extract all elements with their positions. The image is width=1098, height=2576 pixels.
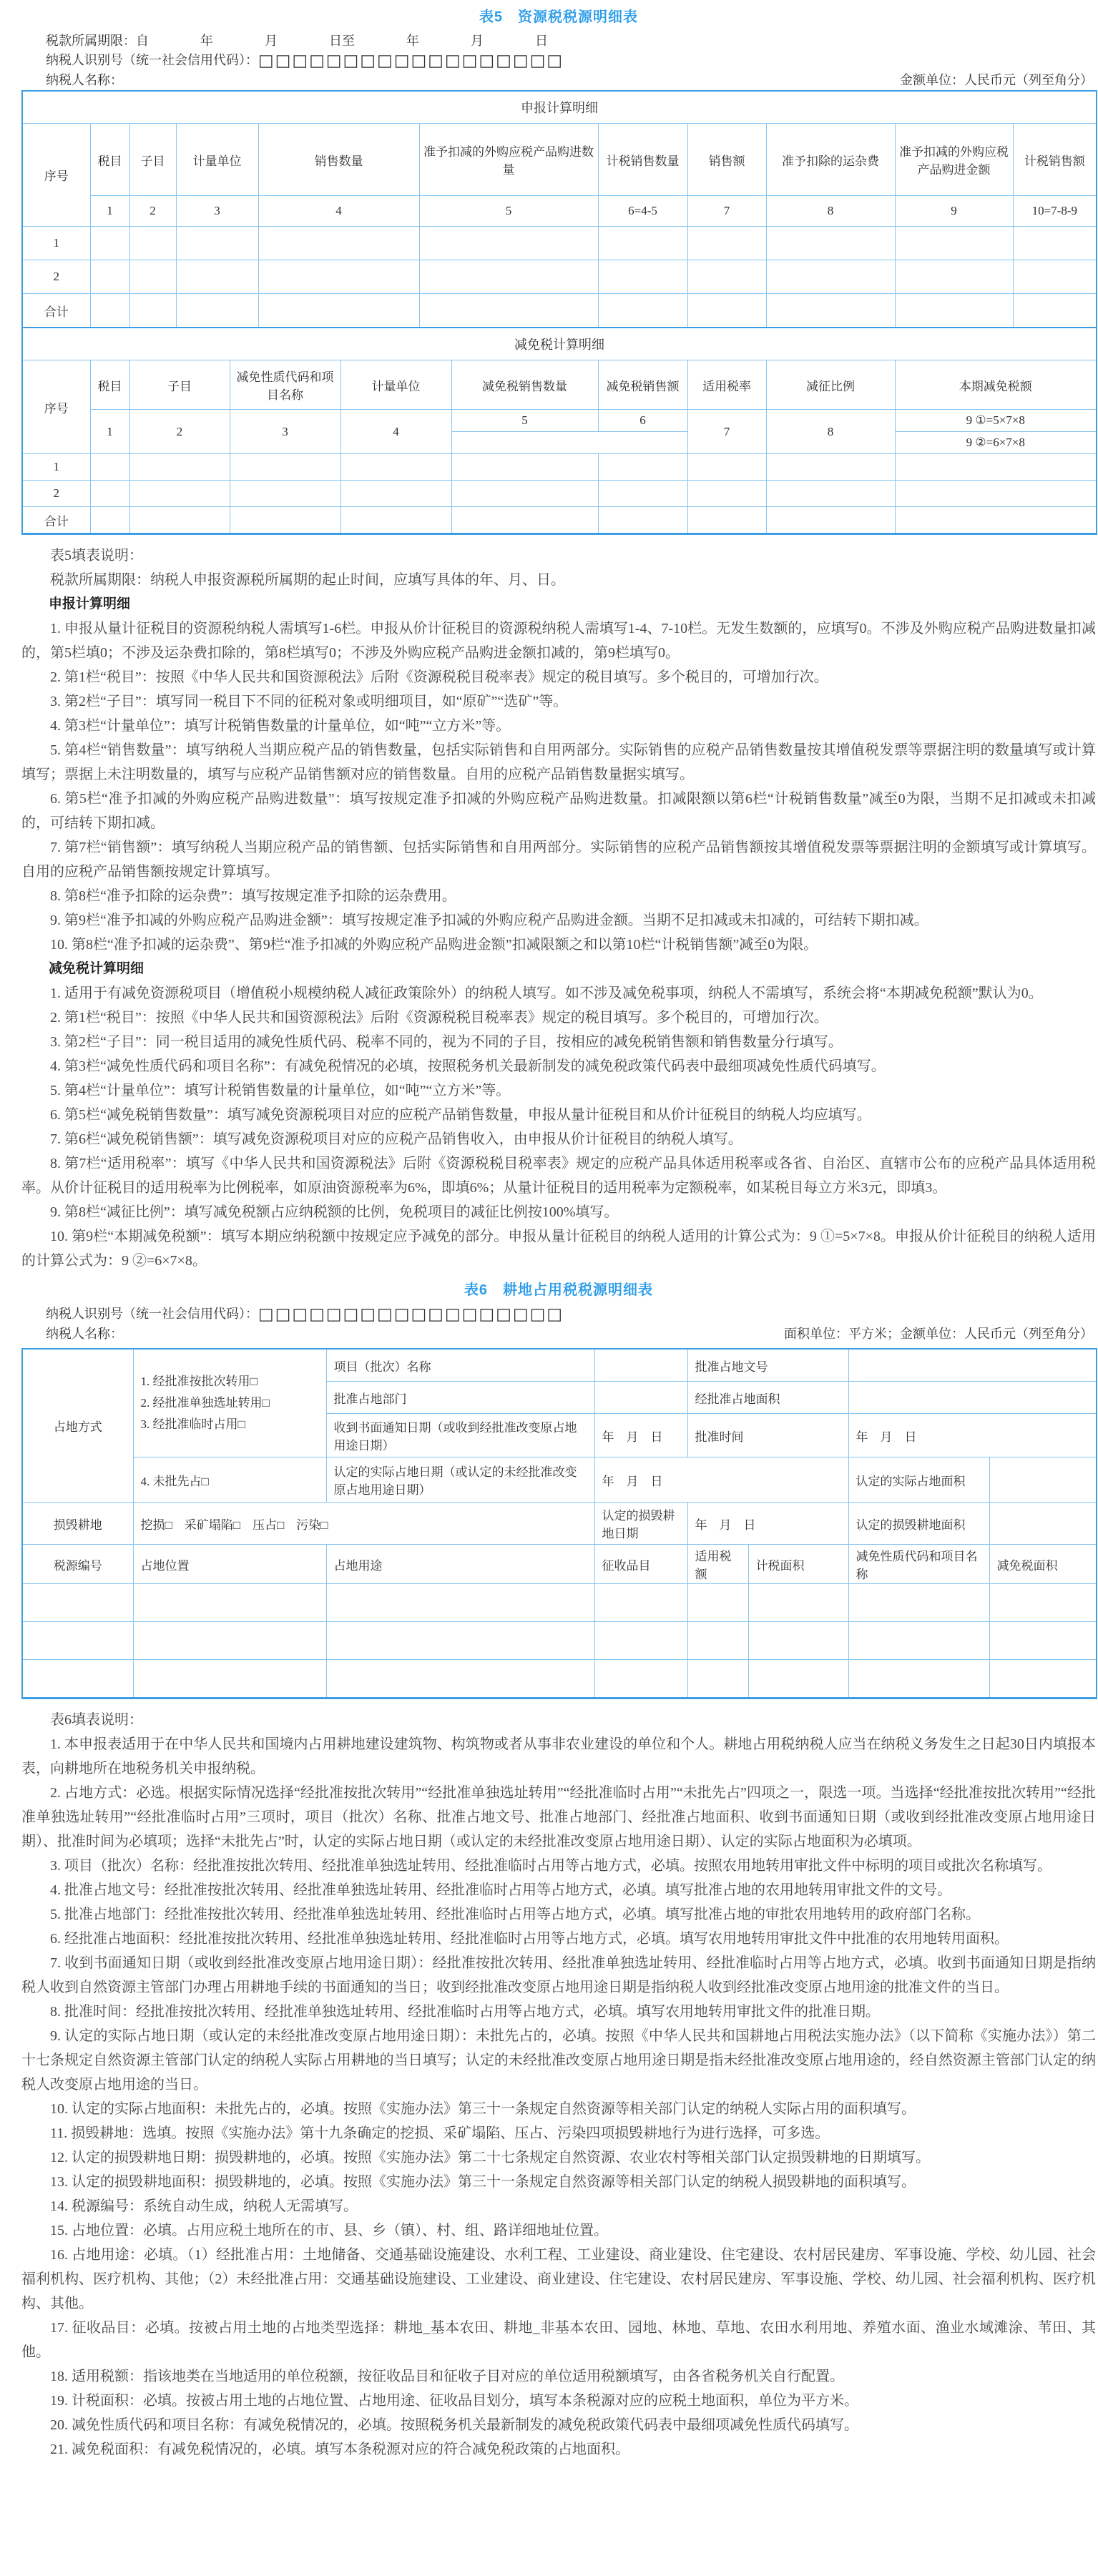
input-cell[interactable] bbox=[598, 454, 687, 481]
taxpayer-id-boxes[interactable]: □□□□□□□□□□□□□□□□□□ bbox=[258, 51, 564, 70]
header-cell: 子目 bbox=[129, 124, 176, 196]
taxpayer-id-line-t6: 纳税人识别号（统一社会信用代码）：□□□□□□□□□□□□□□□□□□ bbox=[21, 1304, 1096, 1324]
header-cell: 计税面积 bbox=[748, 1545, 848, 1584]
input-cell[interactable] bbox=[687, 260, 766, 294]
column-number: 7 bbox=[687, 410, 766, 454]
input-cell[interactable] bbox=[419, 227, 598, 260]
column-number: 4 bbox=[258, 196, 419, 227]
header-cell: 计量单位 bbox=[340, 360, 451, 410]
notes-item: 14. 税源编号：系统自动生成，纳税人无需填写。 bbox=[21, 2194, 1096, 2218]
input-cell[interactable] bbox=[90, 454, 129, 481]
notes-item: 19. 计税面积：必填。按被占用土地的占地位置、占地用途、征收品目划分，填写本条… bbox=[21, 2389, 1096, 2413]
notice-date-label: 收到书面通知日期（或收到经批准改变原占地用途日期） bbox=[326, 1414, 594, 1457]
input-cell[interactable] bbox=[895, 260, 1013, 294]
option-separate-site[interactable]: 2. 经批准单独选址转用□ bbox=[141, 1392, 319, 1414]
notes-item: 5. 第4栏“计量单位”：填写计税销售数量的计量单位，如“吨”“立方米”等。 bbox=[21, 1078, 1096, 1103]
notes-line: 税款所属期限：纳税人申报资源税所属期的起止时间，应填写具体的年、月、日。 bbox=[21, 568, 1096, 592]
date-input-cell[interactable]: 年 月 日 bbox=[687, 1503, 848, 1545]
notes-item: 5. 第4栏“销售数量”：填写纳税人当期应税产品的销售数量，包括实际销售和自用两… bbox=[21, 738, 1096, 787]
input-cell[interactable] bbox=[340, 454, 451, 481]
notes-item: 4. 第3栏“计量单位”：填写计税销售数量的计量单位，如“吨”“立方米”等。 bbox=[21, 714, 1096, 738]
input-cell[interactable] bbox=[340, 507, 451, 534]
farmland-tax-table: 占地方式 1. 经批准按批次转用□ 2. 经批准单独选址转用□ 3. 经批准临时… bbox=[21, 1348, 1097, 1699]
header-cell: 本期减免税额 bbox=[895, 360, 1097, 410]
table-row: 2 bbox=[22, 481, 1097, 507]
table-row: 1 bbox=[22, 454, 1097, 481]
column-number: 2 bbox=[129, 410, 230, 454]
input-cell[interactable] bbox=[230, 507, 340, 534]
table-row: 2 bbox=[22, 260, 1097, 294]
notes-item: 10. 认定的实际占地面积：未批先占的，必填。按照《实施办法》第三十一条规定自然… bbox=[21, 2097, 1096, 2121]
notes-item: 21. 减免税面积：有减免税情况的，必填。填写本条税源对应的符合减免税政策的占地… bbox=[21, 2437, 1096, 2462]
formula-cell: 9 ①=5×7×8 bbox=[895, 410, 1097, 432]
notes-item: 9. 第8栏“减征比例”：填写减免税额占应纳税额的比例，免税项目的减征比例按10… bbox=[21, 1200, 1096, 1224]
input-cell[interactable] bbox=[687, 1622, 748, 1660]
input-cell[interactable] bbox=[989, 1503, 1097, 1545]
notes-heading: 表5填表说明： bbox=[21, 544, 1096, 568]
notes-item: 3. 第2栏“子目”：填写同一税目下不同的征税对象或明细项目，如“原矿”“选矿”… bbox=[21, 689, 1096, 714]
notes-item: 15. 占地位置：必填。占用应税土地所在的市、县、乡（镇）、村、组、路详细地址位… bbox=[21, 2218, 1096, 2243]
input-cell[interactable] bbox=[687, 1660, 748, 1699]
table-row-total: 合计 bbox=[22, 294, 1097, 328]
occupy-mode-label: 占地方式 bbox=[22, 1349, 133, 1503]
input-cell[interactable] bbox=[90, 227, 129, 260]
header-cell: 子目 bbox=[129, 360, 230, 410]
input-cell[interactable] bbox=[848, 1622, 989, 1660]
input-cell[interactable] bbox=[989, 1660, 1097, 1699]
header-cell: 准予扣减的外购应税产品购进数量 bbox=[419, 124, 598, 196]
header-cell: 适用税率 bbox=[687, 360, 766, 410]
column-number: 9 bbox=[895, 196, 1013, 227]
taxpayer-id-line-t5: 纳税人识别号（统一社会信用代码）：□□□□□□□□□□□□□□□□□□ bbox=[21, 51, 1096, 71]
input-cell[interactable] bbox=[176, 260, 258, 294]
taxpayer-name-line-t5: 纳税人名称： 金额单位：人民币元（列至角分） bbox=[21, 71, 1096, 90]
input-cell[interactable] bbox=[989, 1622, 1097, 1660]
notes-item: 1. 适用于有减免资源税项目（增值税小规模纳税人减征政策除外）的纳税人填写。如不… bbox=[21, 981, 1096, 1006]
formula-cell: 9 ②=6×7×8 bbox=[895, 432, 1097, 454]
input-cell[interactable] bbox=[594, 1349, 687, 1382]
header-cell: 销售数量 bbox=[258, 124, 419, 196]
notes-item: 7. 第7栏“销售额”：填写纳税人当期应税产品的销售额、包括实际销售和自用两部分… bbox=[21, 835, 1096, 884]
input-cell[interactable] bbox=[90, 507, 129, 534]
input-cell[interactable] bbox=[895, 294, 1013, 328]
notes-item: 11. 损毁耕地：选填。按照《实施办法》第十九条确定的挖损、采矿塌陷、压占、污染… bbox=[21, 2121, 1096, 2145]
row-label: 2 bbox=[22, 481, 90, 507]
table-row-total: 合计 bbox=[22, 507, 1097, 534]
damage-options[interactable]: 挖损□ 采矿塌陷□ 压占□ 污染□ bbox=[133, 1503, 594, 1545]
row-label: 合计 bbox=[22, 294, 90, 328]
input-cell[interactable] bbox=[766, 294, 895, 328]
input-cell[interactable] bbox=[133, 1622, 326, 1660]
header-cell: 占地位置 bbox=[133, 1545, 326, 1584]
row-label: 1 bbox=[22, 454, 90, 481]
input-cell[interactable] bbox=[687, 1584, 748, 1622]
header-cell: 减免性质代码和项目名称 bbox=[848, 1545, 989, 1584]
notes-item: 8. 批准时间：经批准按批次转用、经批准单独选址转用、经批准临时占用等占地方式，… bbox=[21, 2000, 1096, 2024]
column-number: 3 bbox=[176, 196, 258, 227]
header-cell: 销售额 bbox=[687, 124, 766, 196]
table-row: 1 bbox=[22, 227, 1097, 260]
input-cell[interactable] bbox=[90, 481, 129, 507]
input-cell[interactable] bbox=[90, 260, 129, 294]
column-number: 7 bbox=[687, 196, 766, 227]
taxpayer-name-label: 纳税人名称： bbox=[46, 73, 123, 87]
header-cell: 税目 bbox=[90, 124, 129, 196]
notes-item: 20. 减免性质代码和项目名称：有减免税情况的，必填。按照税务机关最新制发的减免… bbox=[21, 2413, 1096, 2437]
input-cell[interactable] bbox=[848, 1660, 989, 1699]
input-cell[interactable] bbox=[451, 454, 598, 481]
notes-item: 1. 本申报表适用于在中华人民共和国境内占用耕地建设建筑物、构筑物或者从事非农业… bbox=[21, 1732, 1096, 1781]
column-number: 1 bbox=[90, 196, 129, 227]
header-cell: 减免税面积 bbox=[989, 1545, 1097, 1584]
row-label: 1 bbox=[22, 227, 90, 260]
notes-item: 3. 项目（批次）名称：经批准按批次转用、经批准单独选址转用、经批准临时占用等占… bbox=[21, 1854, 1096, 1878]
input-cell[interactable] bbox=[230, 454, 340, 481]
input-cell[interactable] bbox=[687, 454, 766, 481]
input-cell[interactable] bbox=[230, 481, 340, 507]
table-row bbox=[22, 1660, 1097, 1699]
notes-item: 4. 第3栏“减免性质代码和项目名称”：有减免税情况的必填，按照税务机关最新制发… bbox=[21, 1054, 1096, 1078]
input-cell[interactable] bbox=[766, 227, 895, 260]
notes-item: 10. 第9栏“本期减免税额”：填写本期应纳税额中按规定应予减免的部分。申报从量… bbox=[21, 1224, 1096, 1273]
notes-item: 7. 收到书面通知日期（或收到经批准改变原占地用途日期）：经批准按批次转用、经批… bbox=[21, 1951, 1096, 2000]
input-cell[interactable] bbox=[129, 260, 176, 294]
input-cell[interactable] bbox=[594, 1584, 687, 1622]
input-cell[interactable] bbox=[748, 1584, 848, 1622]
table5-title: 表5 资源税税源明细表 bbox=[21, 0, 1096, 31]
damage-date-label: 认定的损毁耕地日期 bbox=[594, 1503, 687, 1545]
notes-subheading-declare: 申报计算明细 bbox=[21, 592, 1096, 616]
table-row bbox=[22, 1584, 1097, 1622]
input-cell[interactable] bbox=[258, 227, 419, 260]
form-sheet: 表5 资源税税源明细表 税款所属期限：自 年 月 日至 年 月 日 纳税人识别号… bbox=[21, 0, 1096, 2462]
input-cell[interactable] bbox=[326, 1584, 594, 1622]
input-cell[interactable] bbox=[895, 481, 1097, 507]
input-cell[interactable] bbox=[598, 507, 687, 534]
notes-item: 18. 适用税额：指该地类在当地适用的单位税额，按征收品目和征收子目对应的单位适… bbox=[21, 2364, 1096, 2389]
taxpayer-name-line-t6: 纳税人名称： 面积单位：平方米；金额单位：人民币元（列至角分） bbox=[21, 1324, 1096, 1344]
input-cell[interactable] bbox=[748, 1622, 848, 1660]
input-cell[interactable] bbox=[748, 1660, 848, 1699]
table5-notes: 表5填表说明： 税款所属期限：纳税人申报资源税所属期的起止时间，应填写具体的年、… bbox=[21, 544, 1096, 1273]
occupy-mode-options[interactable]: 1. 经批准按批次转用□ 2. 经批准单独选址转用□ 3. 经批准临时占用□ bbox=[133, 1349, 326, 1457]
project-name-label: 项目（批次）名称 bbox=[326, 1349, 594, 1382]
header-cell: 计税销售数量 bbox=[598, 124, 687, 196]
relief-calc-table: 减免税计算明细 序号 税目 子目 减免性质代码和项目名称 计量单位 减免税销售数… bbox=[21, 327, 1097, 535]
table-row bbox=[22, 1622, 1097, 1660]
taxpayer-id-label: 纳税人识别号（统一社会信用代码）： bbox=[46, 1307, 258, 1321]
input-cell[interactable] bbox=[22, 1660, 133, 1699]
input-cell[interactable] bbox=[687, 294, 766, 328]
input-cell[interactable] bbox=[598, 260, 687, 294]
notes-heading: 表6填表说明： bbox=[21, 1708, 1096, 1732]
notes-item: 16. 占地用途：必填。（1）经批准占用：土地储备、交通基础设施建设、水利工程、… bbox=[21, 2243, 1096, 2316]
header-cell: 准予扣除的运杂费 bbox=[766, 124, 895, 196]
notes-item: 2. 占地方式：必选。根据实际情况选择“经批准按批次转用”“经批准单独选址转用”… bbox=[21, 1781, 1096, 1854]
input-cell[interactable] bbox=[1013, 294, 1097, 328]
input-cell[interactable] bbox=[1013, 260, 1097, 294]
notes-subheading-relief: 减免税计算明细 bbox=[21, 957, 1096, 981]
input-cell[interactable] bbox=[766, 260, 895, 294]
input-cell[interactable] bbox=[129, 227, 176, 260]
header-cell: 适用税额 bbox=[687, 1545, 748, 1584]
column-number: 10=7-8-9 bbox=[1013, 196, 1097, 227]
input-cell[interactable] bbox=[133, 1660, 326, 1699]
notes-item: 9. 第9栏“准予扣减的外购应税产品购进金额”：填写按规定准予扣减的外购应税产品… bbox=[21, 908, 1096, 933]
notes-item: 4. 批准占地文号：经批准按批次转用、经批准单独选址转用、经批准临时占用等占地方… bbox=[21, 1878, 1096, 1902]
input-cell[interactable] bbox=[895, 227, 1013, 260]
input-cell[interactable] bbox=[129, 507, 230, 534]
actual-area-label: 认定的实际占地面积 bbox=[848, 1457, 989, 1503]
approved-area-label: 经批准占地面积 bbox=[687, 1382, 848, 1414]
notes-item: 8. 第7栏“适用税率”：填写《中华人民共和国资源税法》后附《资源税税目税率表》… bbox=[21, 1151, 1096, 1200]
notes-item: 1. 申报从量计征税目的资源税纳税人需填写1-6栏。申报从价计征税目的资源税纳税… bbox=[21, 616, 1096, 665]
input-cell[interactable] bbox=[22, 1584, 133, 1622]
notes-item: 10. 第8栏“准予扣减的运杂费”、第9栏“准予扣减的外购应税产品购进金额”扣减… bbox=[21, 933, 1096, 957]
date-input-cell[interactable]: 年 月 日 bbox=[594, 1414, 687, 1457]
notes-item: 5. 批准占地部门：经批准按批次转用、经批准单独选址转用、经批准临时占用等占地方… bbox=[21, 1902, 1096, 1927]
column-number: 2 bbox=[129, 196, 176, 227]
input-cell[interactable] bbox=[895, 454, 1097, 481]
input-cell[interactable] bbox=[1013, 227, 1097, 260]
input-cell[interactable] bbox=[258, 294, 419, 328]
notes-item: 6. 第5栏“准予扣减的外购应税产品购进数量”：填写按规定准予扣减的外购应税产品… bbox=[21, 787, 1096, 835]
header-cell: 计量单位 bbox=[176, 124, 258, 196]
section-caption-declare: 申报计算明细 bbox=[22, 91, 1097, 124]
input-cell[interactable] bbox=[848, 1584, 989, 1622]
notes-item: 8. 第8栏“准予扣除的运杂费”：填写按规定准予扣除的运杂费用。 bbox=[21, 884, 1096, 908]
option-batch-transfer[interactable]: 1. 经批准按批次转用□ bbox=[141, 1371, 319, 1392]
header-cell: 计税销售额 bbox=[1013, 124, 1097, 196]
input-cell[interactable] bbox=[848, 1382, 1097, 1414]
notes-item: 2. 第1栏“税目”：按照《中华人民共和国资源税法》后附《资源税税目税率表》规定… bbox=[21, 665, 1096, 689]
column-number: 4 bbox=[340, 410, 451, 454]
header-cell: 征收品目 bbox=[594, 1545, 687, 1584]
input-cell[interactable] bbox=[90, 294, 129, 328]
notes-item: 7. 第6栏“减免税销售额”：填写减免资源税项目对应的应税产品销售收入，由申报从… bbox=[21, 1127, 1096, 1151]
taxpayer-id-boxes[interactable]: □□□□□□□□□□□□□□□□□□ bbox=[258, 1305, 564, 1324]
column-number: 5 bbox=[419, 196, 598, 227]
header-cell: 序号 bbox=[22, 360, 90, 454]
header-cell: 减免性质代码和项目名称 bbox=[230, 360, 340, 410]
header-cell: 税源编号 bbox=[22, 1545, 133, 1584]
header-cell: 减征比例 bbox=[766, 360, 895, 410]
row-label: 2 bbox=[22, 260, 90, 294]
input-cell[interactable] bbox=[989, 1457, 1097, 1503]
input-cell[interactable] bbox=[419, 294, 598, 328]
header-cell: 减免税销售额 bbox=[598, 360, 687, 410]
input-cell[interactable] bbox=[989, 1584, 1097, 1622]
actual-date-label: 认定的实际占地日期（或认定的未经批准改变原占地用途日期） bbox=[326, 1457, 594, 1503]
input-cell[interactable] bbox=[598, 481, 687, 507]
column-number: 6=4-5 bbox=[598, 196, 687, 227]
input-cell[interactable] bbox=[22, 1622, 133, 1660]
input-cell[interactable] bbox=[129, 454, 230, 481]
notes-item: 2. 第1栏“税目”：按照《中华人民共和国资源税法》后附《资源税税目税率表》规定… bbox=[21, 1006, 1096, 1030]
area-unit-note: 面积单位：平方米；金额单位：人民币元（列至角分） bbox=[784, 1324, 1093, 1344]
table6-notes: 表6填表说明： 1. 本申报表适用于在中华人民共和国境内占用耕地建设建筑物、构筑… bbox=[21, 1708, 1096, 2462]
input-cell[interactable] bbox=[176, 294, 258, 328]
approve-time-label: 批准时间 bbox=[687, 1414, 848, 1457]
notes-item: 3. 第2栏“子目”：同一税目适用的减免性质代码、税率不同的，视为不同的子目，按… bbox=[21, 1030, 1096, 1054]
notes-item: 9. 认定的实际占地日期（或认定的未经批准改变原占地用途日期）：未批先占的，必填… bbox=[21, 2024, 1096, 2097]
input-cell[interactable] bbox=[766, 507, 895, 534]
approve-dept-label: 批准占地部门 bbox=[326, 1382, 594, 1414]
date-input-cell[interactable]: 年 月 日 bbox=[594, 1457, 848, 1503]
damage-label: 损毁耕地 bbox=[22, 1503, 133, 1545]
damage-area-label: 认定的损毁耕地面积 bbox=[848, 1503, 989, 1545]
column-number: 3 bbox=[230, 410, 340, 454]
date-input-cell[interactable]: 年 月 日 bbox=[848, 1414, 1097, 1457]
header-cell: 准予扣减的外购应税产品购进金额 bbox=[895, 124, 1013, 196]
input-cell[interactable] bbox=[687, 481, 766, 507]
input-cell[interactable] bbox=[326, 1622, 594, 1660]
option-unapproved[interactable]: 4. 未批先占□ bbox=[133, 1457, 326, 1503]
input-cell[interactable] bbox=[133, 1584, 326, 1622]
input-cell[interactable] bbox=[176, 227, 258, 260]
column-number: 8 bbox=[766, 410, 895, 454]
approve-doc-label: 批准占地文号 bbox=[687, 1349, 848, 1382]
notes-item: 17. 征收品目：必填。按被占用土地的占地类型选择：耕地_基本农田、耕地_非基本… bbox=[21, 2316, 1096, 2364]
input-cell[interactable] bbox=[687, 507, 766, 534]
input-cell[interactable] bbox=[340, 481, 451, 507]
input-cell[interactable] bbox=[594, 1660, 687, 1699]
input-cell[interactable] bbox=[451, 432, 687, 454]
input-cell[interactable] bbox=[594, 1382, 687, 1414]
input-cell[interactable] bbox=[451, 481, 598, 507]
input-cell[interactable] bbox=[766, 481, 895, 507]
input-cell[interactable] bbox=[766, 454, 895, 481]
amount-unit-note: 金额单位：人民币元（列至角分） bbox=[900, 71, 1093, 90]
declare-calc-table: 申报计算明细 序号 税目 子目 计量单位 销售数量 准予扣减的外购应税产品购进数… bbox=[21, 90, 1097, 328]
column-number: 5 bbox=[451, 410, 598, 432]
table6-title: 表6 耕地占用税税源明细表 bbox=[21, 1273, 1096, 1304]
input-cell[interactable] bbox=[594, 1622, 687, 1660]
column-number: 6 bbox=[598, 410, 687, 432]
input-cell[interactable] bbox=[598, 227, 687, 260]
row-label: 合计 bbox=[22, 507, 90, 534]
input-cell[interactable] bbox=[419, 260, 598, 294]
input-cell[interactable] bbox=[598, 294, 687, 328]
input-cell[interactable] bbox=[129, 481, 230, 507]
input-cell[interactable] bbox=[258, 260, 419, 294]
input-cell[interactable] bbox=[687, 227, 766, 260]
header-cell: 占地用途 bbox=[326, 1545, 594, 1584]
taxpayer-name-label: 纳税人名称： bbox=[46, 1327, 123, 1341]
input-cell[interactable] bbox=[129, 294, 176, 328]
column-number: 8 bbox=[766, 196, 895, 227]
input-cell[interactable] bbox=[895, 507, 1097, 534]
taxpayer-id-label: 纳税人识别号（统一社会信用代码）： bbox=[46, 53, 258, 67]
input-cell[interactable] bbox=[848, 1349, 1097, 1382]
header-cell: 减免税销售数量 bbox=[451, 360, 598, 410]
header-cell: 税目 bbox=[90, 360, 129, 410]
notes-item: 13. 认定的损毁耕地面积：损毁耕地的，必填。按照《实施办法》第三十一条规定自然… bbox=[21, 2170, 1096, 2194]
option-temporary-use[interactable]: 3. 经批准临时占用□ bbox=[141, 1414, 319, 1435]
section-caption-relief: 减免税计算明细 bbox=[22, 328, 1097, 360]
tax-period-line: 税款所属期限：自 年 月 日至 年 月 日 bbox=[21, 31, 1096, 51]
input-cell[interactable] bbox=[326, 1660, 594, 1699]
header-cell: 序号 bbox=[22, 124, 90, 227]
notes-item: 12. 认定的损毁耕地日期：损毁耕地的，必填。按照《实施办法》第二十七条规定自然… bbox=[21, 2145, 1096, 2170]
notes-item: 6. 第5栏“减免税销售数量”：填写减免资源税项目对应的应税产品销售数量，申报从… bbox=[21, 1103, 1096, 1127]
input-cell[interactable] bbox=[451, 507, 598, 534]
notes-item: 6. 经批准占地面积：经批准按批次转用、经批准单独选址转用、经批准临时占用等占地… bbox=[21, 1927, 1096, 1951]
column-number: 1 bbox=[90, 410, 129, 454]
